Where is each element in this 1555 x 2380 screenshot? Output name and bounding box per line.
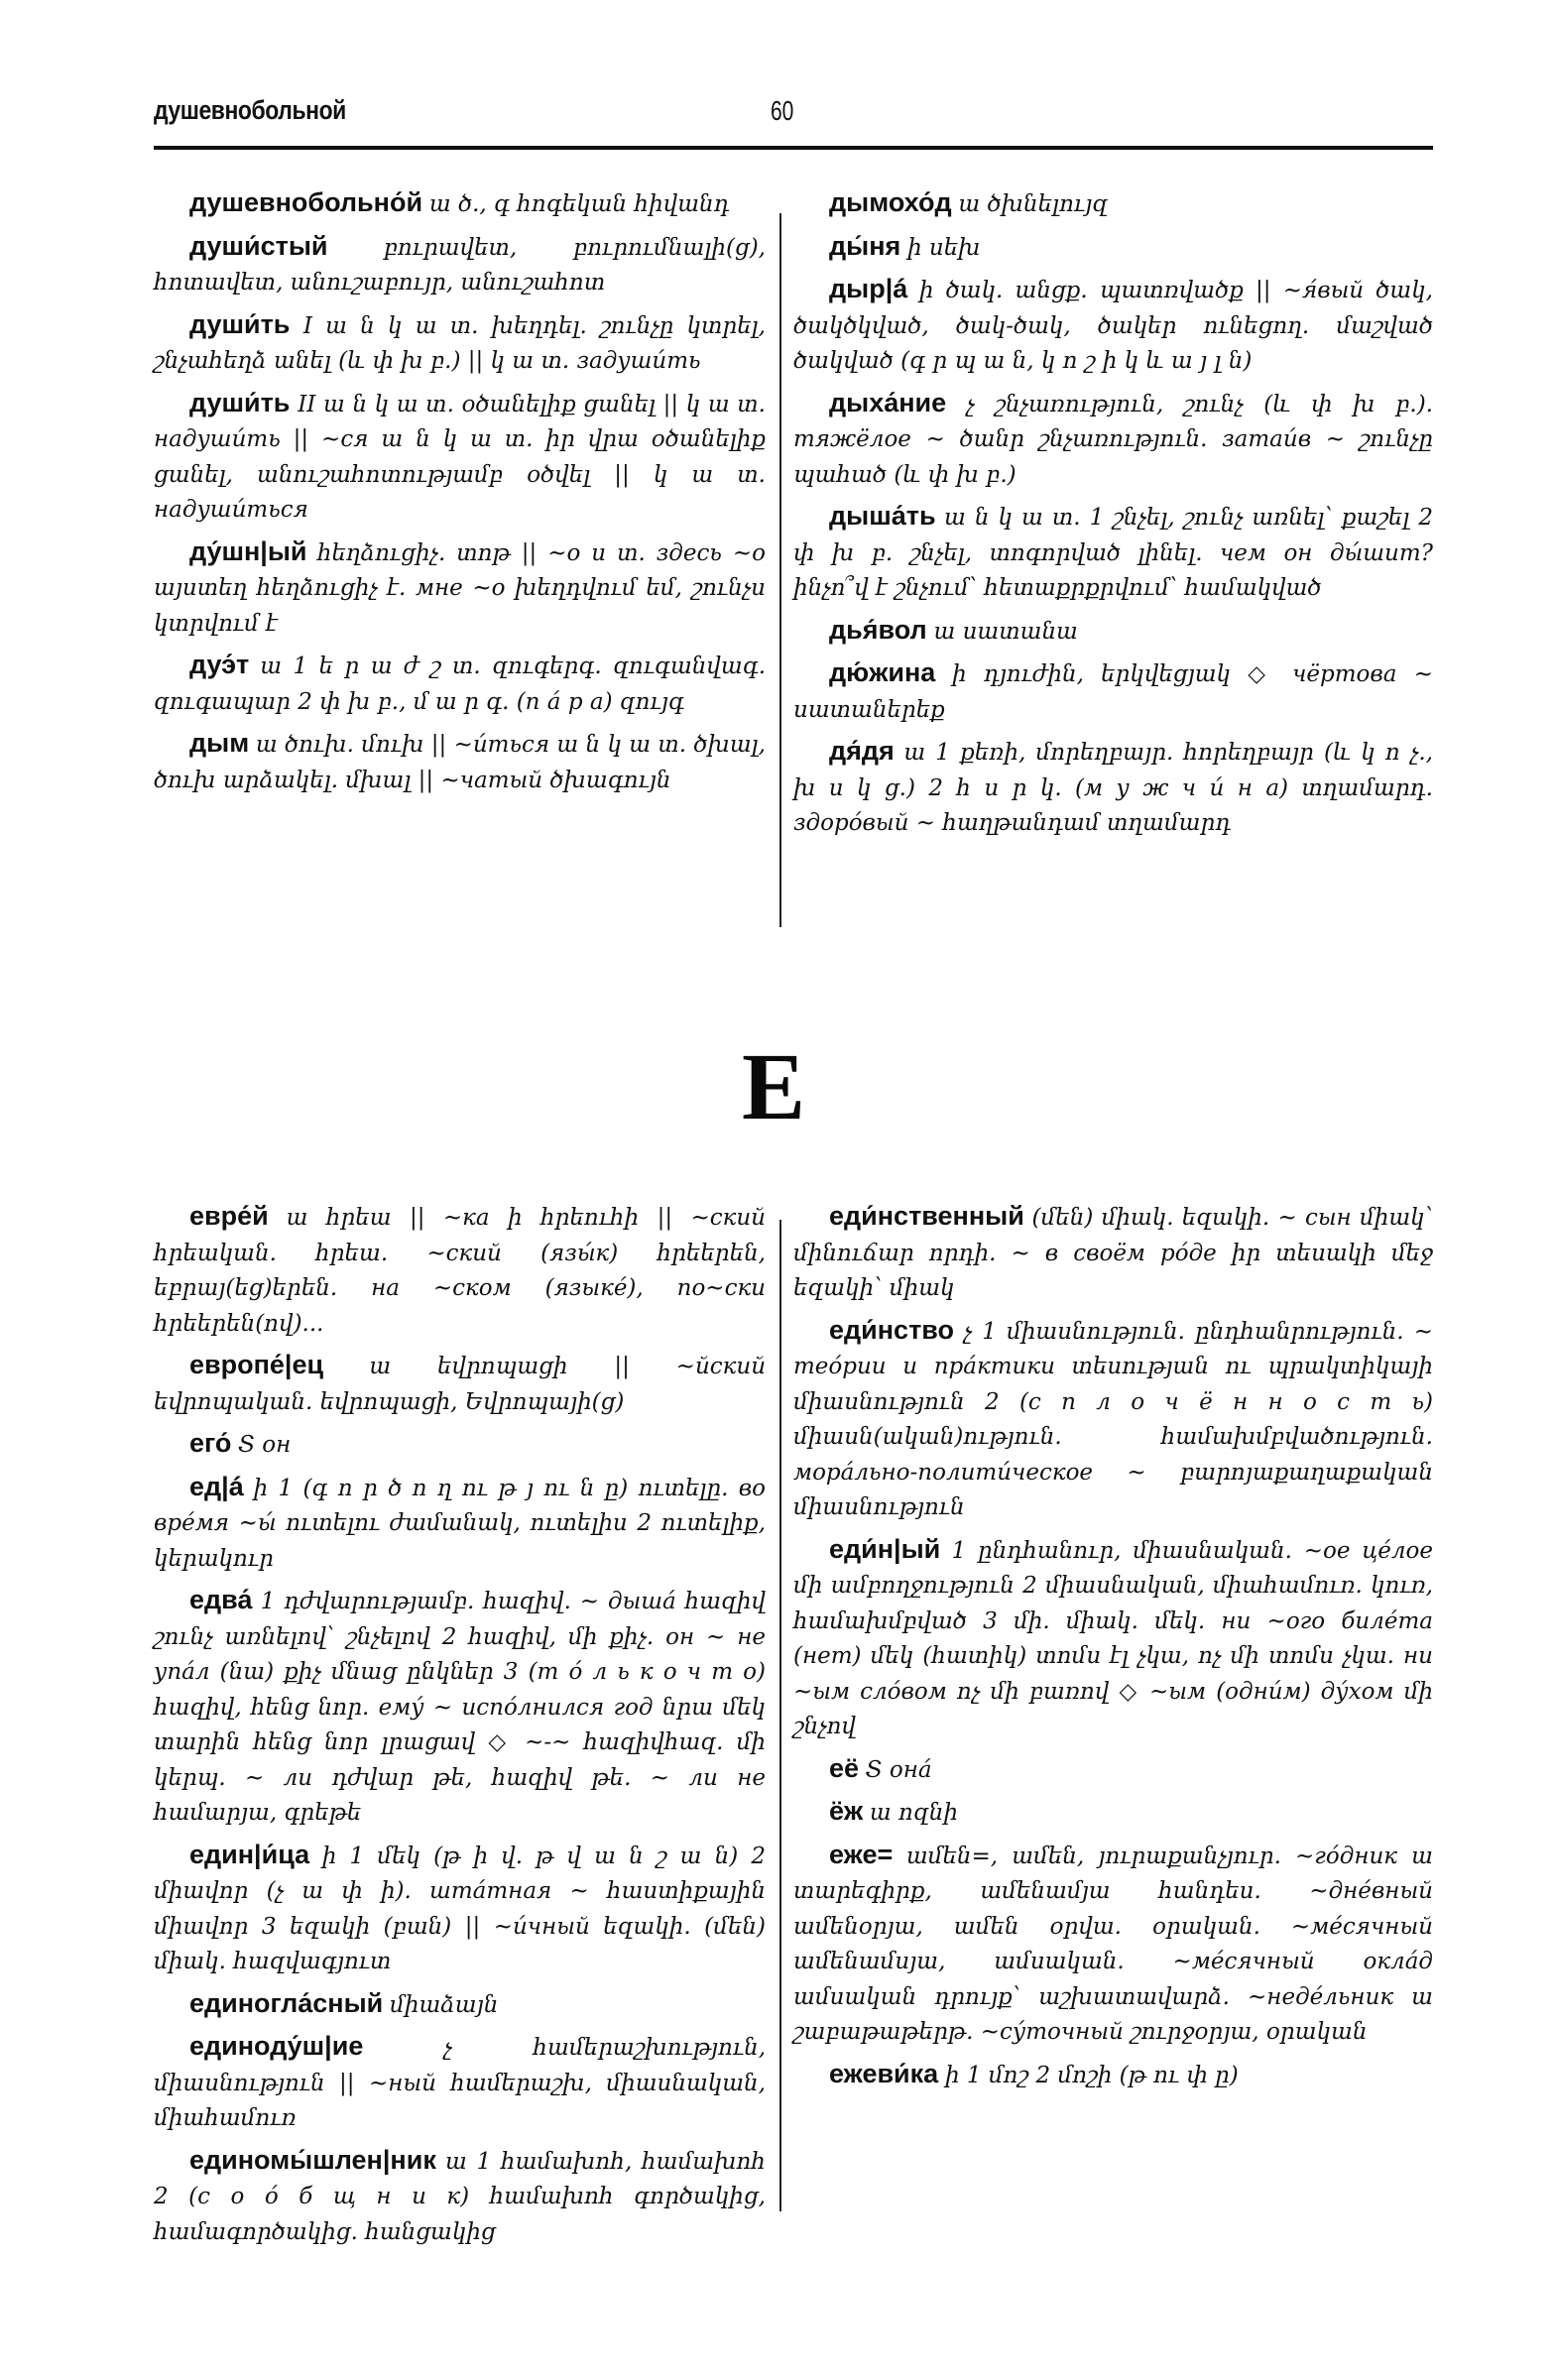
entry-definition: ի 1 (գ ո ր ծ ո ղ ու թ յ ու ն ը) ուտելը. … xyxy=(154,1476,766,1572)
column-divider-top xyxy=(779,213,781,927)
entry-headword: еди́нственный xyxy=(829,1201,1024,1231)
entry-headword: дуэ́т xyxy=(189,650,249,679)
dictionary-entry: еди́нство չ 1 միասնություն. ընդհանրությո… xyxy=(793,1314,1433,1525)
page-number: 60 xyxy=(771,95,793,127)
dictionary-entry: ёж ա ոզնի xyxy=(793,1795,1433,1831)
entry-definition: ա ծ., գ հոգեկան հիվանդ xyxy=(429,191,730,217)
entry-headword: евре́й xyxy=(189,1201,269,1231)
entry-headword: ду́шн|ый xyxy=(189,536,307,566)
entry-headword: ежеви́ка xyxy=(829,2059,938,2088)
entry-definition: միաձայն xyxy=(390,1992,498,2018)
dictionary-entry: дю́жина ի դյուժին, երկվեցյակ ◇ чёртова ~… xyxy=(793,656,1433,727)
dictionary-entry: еди́нственный (մեն) միակ. եզակի. ~ сын մ… xyxy=(793,1200,1433,1306)
entry-headword: еди́нство xyxy=(829,1315,954,1345)
entry-headword: её xyxy=(829,1753,859,1783)
dictionary-entry: души́ть I ա ն կ ա տ. խեղդել. շունչը կտրե… xyxy=(154,308,766,379)
entry-definition: ի 1 մոշ 2 մոշի (թ ու փ ը) xyxy=(945,2063,1239,2088)
entry-headword: ед|á xyxy=(189,1472,244,1501)
entry-headword: единомы́шлен|ник xyxy=(189,2145,436,2175)
column-divider-bottom xyxy=(779,1220,781,2211)
entry-definition: 1 ընդհանուր, միասնական. ~ое це́лое մի ամ… xyxy=(793,1538,1433,1740)
dictionary-entry: дья́вол ա սատանա xyxy=(793,614,1433,650)
entry-headword: едва́ xyxy=(189,1585,252,1614)
entry-definition: ա սատանա xyxy=(933,619,1077,645)
column-top-left: душевнобольно́й ա ծ., գ հոգեկան հիվանդду… xyxy=(154,186,766,805)
dictionary-entry: душевнобольно́й ա ծ., գ հոգեկան հիվանդ xyxy=(154,186,766,222)
running-head: душевнобольной xyxy=(154,95,346,126)
entry-headword: ёж xyxy=(829,1796,863,1826)
entry-headword: дыша́ть xyxy=(829,501,936,531)
dictionary-entry: его́ Տ он xyxy=(154,1427,766,1463)
entry-headword: единоду́ш|ие xyxy=(189,2031,363,2061)
dictionary-entry: дыр|á ի ծակ. անցք. պատռվածք || ~я́вый ծա… xyxy=(793,273,1433,379)
entry-definition: ի սեխ xyxy=(907,235,981,261)
entry-headword: еди́н|ый xyxy=(829,1534,940,1564)
entry-definition: 1 դժվարությամբ. հազիվ. ~ дыша́ հազիվ շու… xyxy=(154,1589,766,1826)
entry-definition: ամեն=, ամեն, յուրաքանչյուր. ~го́дник ա տ… xyxy=(793,1844,1433,2046)
entry-headword: еже= xyxy=(829,1840,893,1869)
entry-headword: дым xyxy=(189,728,249,758)
column-top-right: дымохо́д ա ծխնելույզды́ня ի սեխдыр|á ի ծ… xyxy=(793,186,1433,849)
dictionary-entry: единомы́шлен|ник ա 1 համախոհ, համախոհ 2 … xyxy=(154,2144,766,2250)
dictionary-entry: ед|á ի 1 (գ ո ր ծ ո ղ ու թ յ ու ն ը) ուտ… xyxy=(154,1471,766,1577)
dictionary-entry: единогла́сный միաձայն xyxy=(154,1987,766,2023)
dictionary-entry: ды́ня ի սեխ xyxy=(793,230,1433,266)
dictionary-entry: дя́дя ա 1 քեռի, մորեղբայր. հորեղբայր (և … xyxy=(793,735,1433,841)
header-rule xyxy=(154,146,1433,150)
dictionary-entry: евре́й ա հրեա || ~ка ի հրեուհի || ~ский … xyxy=(154,1200,766,1341)
entry-headword: европе́|ец xyxy=(189,1350,323,1379)
dictionary-entry: души́стый բուրավետ, բուրումնալի(ց), հոտա… xyxy=(154,230,766,300)
entry-headword: единогла́сный xyxy=(189,1988,383,2018)
dictionary-entry: единоду́ш|ие չ համերաշխություն, միասնութ… xyxy=(154,2030,766,2136)
entry-headword: дя́дя xyxy=(829,736,895,766)
entry-headword: душевнобольно́й xyxy=(189,187,422,217)
dictionary-entry: едва́ 1 դժվարությամբ. հազիվ. ~ дыша́ հազ… xyxy=(154,1584,766,1831)
dictionary-entry: ду́шн|ый հեղձուցիչ. տոթ || ~о ս տ. здесь… xyxy=(154,535,766,642)
column-bottom-right: еди́нственный (մեն) միակ. եզակի. ~ сын մ… xyxy=(793,1200,1433,2100)
page-header: душевнобольной 60 xyxy=(154,95,1433,139)
entry-headword: души́стый xyxy=(189,231,327,261)
entry-headword: дья́вол xyxy=(829,615,927,645)
dictionary-entry: дуэ́т ա 1 ե ր ա ժ շ տ. զուգերգ. զուգանվա… xyxy=(154,649,766,719)
dictionary-entry: дымохо́д ա ծխնելույզ xyxy=(793,186,1433,222)
entry-headword: дымохо́д xyxy=(829,187,952,217)
dictionary-entry: еже= ամեն=, ամեն, յուրաքանչյուր. ~го́дни… xyxy=(793,1839,1433,2050)
entry-definition: Տ она́ xyxy=(866,1757,932,1783)
entry-headword: дыр|á xyxy=(829,274,907,303)
column-bottom-left: евре́й ա հրեա || ~ка ի հրեուհի || ~ский … xyxy=(154,1200,766,2257)
entry-headword: души́ть xyxy=(189,388,298,417)
dictionary-entry: души́ть II ա ն կ ա տ. օծանելիք ցանել || … xyxy=(154,387,766,528)
entry-definition: ա ոզնի xyxy=(870,1800,958,1826)
dictionary-entry: дым ա ծուխ. մուխ || ~и́ться ա ն կ ա տ. ծ… xyxy=(154,727,766,797)
entry-headword: дыха́ние xyxy=(829,388,946,417)
entry-headword: его́ xyxy=(189,1428,231,1458)
entry-headword: един|и́ца xyxy=(189,1840,309,1869)
dictionary-entry: её Տ она́ xyxy=(793,1752,1433,1788)
dictionary-entry: дыха́ние չ շնչառություն, շունչ (և փ խ բ.… xyxy=(793,387,1433,493)
dictionary-entry: европе́|ец ա եվրոպացի || ~йский եվրոպակա… xyxy=(154,1349,766,1419)
entry-definition: չ 1 միասնություն. ընդհանրություն. ~ тео́… xyxy=(793,1319,1433,1521)
dictionary-entry: еди́н|ый 1 ընդհանուր, միասնական. ~ое це́… xyxy=(793,1533,1433,1744)
dictionary-entry: дыша́ть ա ն կ ա տ. 1 շնչել, շունչ առնել՝… xyxy=(793,500,1433,606)
entry-headword: дю́жина xyxy=(829,657,935,687)
dictionary-entry: ежеви́ка ի 1 մոշ 2 մոշի (թ ու փ ը) xyxy=(793,2058,1433,2093)
entry-definition: Տ он xyxy=(238,1432,291,1458)
entry-headword: ды́ня xyxy=(829,231,900,261)
entry-definition: ա ծխնելույզ xyxy=(958,191,1108,217)
dictionary-entry: един|и́ца ի 1 մեկ (թ ի վ. թ վ ա ն շ ա ն)… xyxy=(154,1839,766,1979)
entry-headword: души́ть xyxy=(189,309,303,339)
section-letter-heading: Е xyxy=(694,1031,853,1141)
